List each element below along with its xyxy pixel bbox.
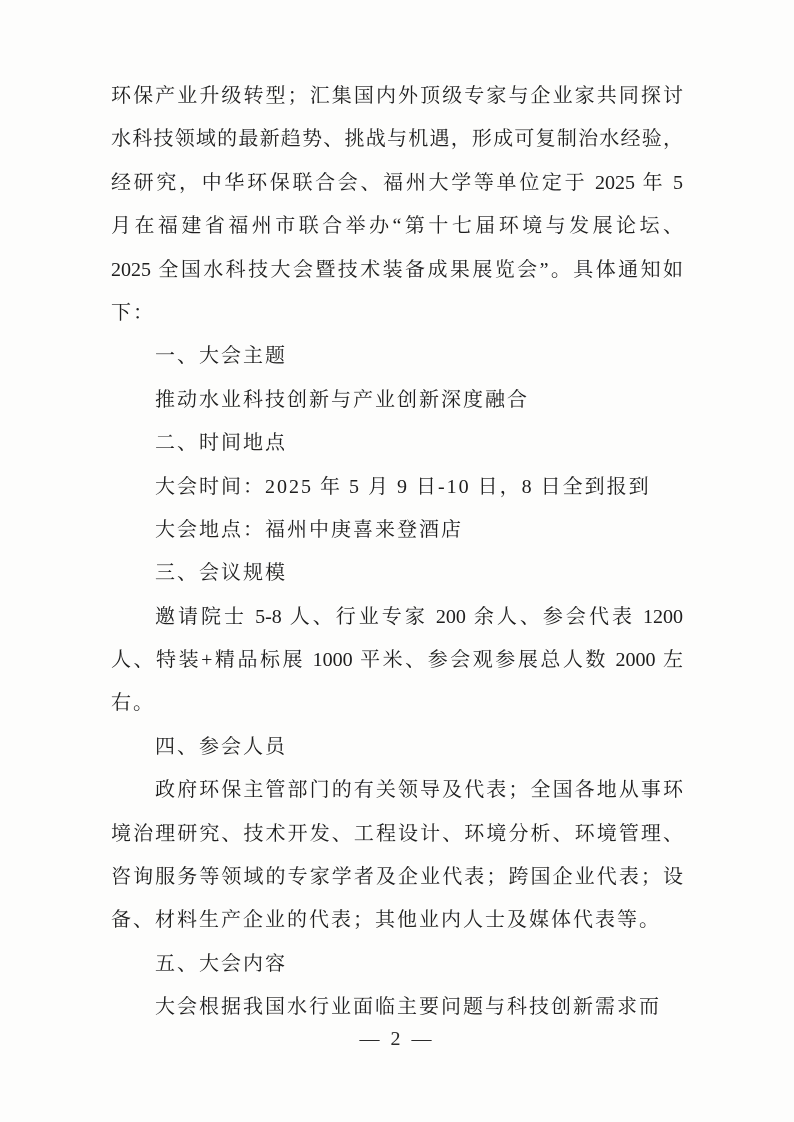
doc-line: 境治理研究、技术开发、工程设计、环境分析、环境管理、 <box>111 813 683 856</box>
doc-line: 水科技领域的最新趋势、挑战与机遇，形成可复制治水经验， <box>111 118 683 161</box>
section-heading: 一、大会主题 <box>111 335 683 378</box>
doc-line: 环保产业升级转型；汇集国内外顶级专家与企业家共同探讨 <box>111 75 683 118</box>
doc-line: 大会地点：福州中庚喜来登酒店 <box>111 509 683 552</box>
section-heading: 五、大会内容 <box>111 943 683 986</box>
doc-line: 推动水业科技创新与产业创新深度融合 <box>111 379 683 422</box>
doc-line: 咨询服务等领域的专家学者及企业代表；跨国企业代表；设 <box>111 856 683 899</box>
doc-line: 邀请院士 5-8 人、行业专家 200 余人、参会代表 1200 <box>111 596 683 639</box>
doc-line: 2025 全国水科技大会暨技术装备成果展览会”。具体通知如 <box>111 249 683 292</box>
section-heading: 二、时间地点 <box>111 422 683 465</box>
document-page: 环保产业升级转型；汇集国内外顶级专家与企业家共同探讨 水科技领域的最新趋势、挑战… <box>0 0 794 1122</box>
document-body: 环保产业升级转型；汇集国内外顶级专家与企业家共同探讨 水科技领域的最新趋势、挑战… <box>111 75 683 1030</box>
page-number-footer: — 2 — <box>0 1024 794 1054</box>
section-heading: 三、会议规模 <box>111 552 683 595</box>
doc-line: 月在福建省福州市联合举办“第十七届环境与发展论坛、 <box>111 205 683 248</box>
doc-line: 下： <box>111 292 683 335</box>
doc-line: 备、材料生产企业的代表；其他业内人士及媒体代表等。 <box>111 899 683 942</box>
doc-line: 人、特装+精品标展 1000 平米、参会观参展总人数 2000 左 <box>111 639 683 682</box>
doc-line: 经研究，中华环保联合会、福州大学等单位定于 2025 年 5 <box>111 162 683 205</box>
doc-line: 右。 <box>111 682 683 725</box>
section-heading: 四、参会人员 <box>111 726 683 769</box>
doc-line: 政府环保主管部门的有关领导及代表；全国各地从事环 <box>111 769 683 812</box>
doc-line: 大会时间：2025 年 5 月 9 日-10 日，8 日全到报到 <box>111 466 683 509</box>
